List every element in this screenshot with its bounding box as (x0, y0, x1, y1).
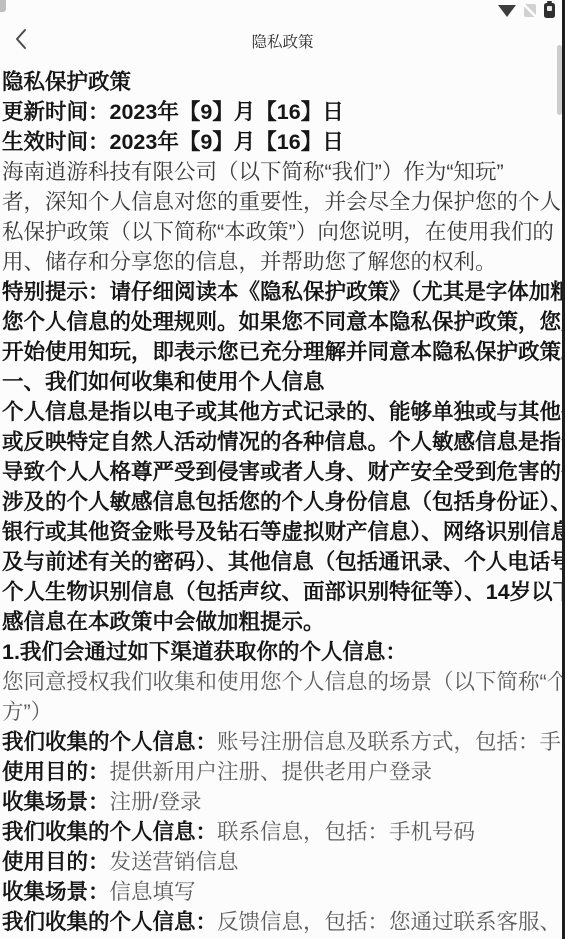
status-bar (0, 0, 565, 18)
policy-text: 及与前述有关的密码）、其他信息（包括通讯录、个人电话号 (2, 550, 565, 574)
policy-text: 特别提示：请仔细阅读本《隐私保护政策》（尤其是字体加粗 (2, 280, 565, 304)
battery-icon (544, 3, 555, 18)
policy-line: 个人生物识别信息（包括声纹、面部识别特征等）、14岁以下 (2, 577, 565, 607)
wifi-icon (498, 5, 516, 17)
policy-text: 海南逍游科技有限公司（以下简称“我们”）作为“知玩” (2, 160, 504, 184)
policy-text: 账号注册信息及联系方式，包括：手机 (217, 730, 565, 754)
policy-text: 方”） (2, 700, 52, 724)
policy-text: 涉及的个人敏感信息包括您的个人身份信息（包括身份证）、 (2, 490, 565, 514)
policy-text: 使用目的： (2, 760, 110, 784)
policy-text: 生效时间：2023年【9】月【16】日 (2, 130, 344, 154)
policy-text: 我们收集的个人信息： (2, 910, 217, 934)
policy-line: 您同意授权我们收集和使用您个人信息的场景（以下简称“个 (2, 667, 565, 697)
policy-line: 用、储存和分享您的信息，并帮助您了解您的权利。 (2, 247, 565, 277)
policy-line: 生效时间：2023年【9】月【16】日 (2, 127, 565, 157)
policy-text: 您个人信息的处理规则。如果您不同意本隐私保护政策，您应 (2, 310, 565, 334)
policy-text: 1.我们会通过如下渠道获取你的个人信息： (2, 640, 407, 664)
policy-line: 收集场景：信息填写 (2, 877, 565, 907)
no-signal-icon (524, 4, 536, 17)
policy-line: 涉及的个人敏感信息包括您的个人身份信息（包括身份证）、 (2, 487, 565, 517)
policy-text: 反馈信息，包括：您通过联系客服、电 (217, 910, 565, 934)
page-title: 隐私政策 (60, 30, 505, 52)
policy-text: 个人生物识别信息（包括声纹、面部识别特征等）、14岁以下 (2, 580, 565, 604)
policy-text: 提供新用户注册、提供老用户登录 (110, 760, 433, 784)
policy-text: 收集场景： (2, 790, 110, 814)
policy-text: 我们收集的个人信息： (2, 730, 217, 754)
policy-text: 个人信息是指以电子或其他方式记录的、能够单独或与其他信 (2, 400, 565, 424)
policy-text: 我们收集的个人信息： (2, 820, 217, 844)
chevron-left-icon (14, 28, 28, 55)
policy-text: 隐私保护政策 (2, 70, 131, 94)
policy-line: 我们收集的个人信息：账号注册信息及联系方式，包括：手机 (2, 727, 565, 757)
privacy-policy-screen: 隐私政策 隐私保护政策更新时间：2023年【9】月【16】日生效时间：2023年… (0, 0, 565, 939)
policy-text: 银行或其他资金账号及钻石等虚拟财产信息）、网络识别信息 (2, 520, 565, 544)
policy-line: 感信息在本政策中会做加粗提示。 (2, 607, 565, 637)
policy-text: 使用目的： (2, 850, 110, 874)
policy-text: 一、我们如何收集和使用个人信息 (2, 370, 325, 394)
policy-line: 收集场景：注册/登录 (2, 787, 565, 817)
policy-line: 更新时间：2023年【9】月【16】日 (2, 97, 565, 127)
policy-text: 注册/登录 (110, 790, 202, 814)
policy-line: 开始使用知玩，即表示您已充分理解并同意本隐私保护政策。 (2, 337, 565, 367)
policy-line: 一、我们如何收集和使用个人信息 (2, 367, 565, 397)
header: 隐私政策 (0, 18, 565, 66)
policy-line: 方”） (2, 697, 565, 727)
policy-line: 使用目的：提供新用户注册、提供老用户登录 (2, 757, 565, 787)
policy-line: 使用目的：发送营销信息 (2, 847, 565, 877)
policy-text: 开始使用知玩，即表示您已充分理解并同意本隐私保护政策。 (2, 340, 565, 364)
policy-text: 更新时间：2023年【9】月【16】日 (2, 100, 344, 124)
policy-content: 隐私保护政策更新时间：2023年【9】月【16】日生效时间：2023年【9】月【… (2, 67, 565, 939)
policy-text: 信息填写 (110, 880, 196, 904)
policy-text: 感信息在本政策中会做加粗提示。 (2, 610, 325, 634)
policy-text: 联系信息，包括：手机号码 (217, 820, 475, 844)
policy-line: 导致个人人格尊严受到侵害或者人身、财产安全受到危害的个 (2, 457, 565, 487)
back-button[interactable] (8, 27, 34, 55)
policy-line: 或反映特定自然人活动情况的各种信息。个人敏感信息是指一 (2, 427, 565, 457)
policy-text: 您同意授权我们收集和使用您个人信息的场景（以下简称“个 (2, 670, 565, 694)
policy-line: 我们收集的个人信息：联系信息，包括：手机号码 (2, 817, 565, 847)
policy-text: 导致个人人格尊严受到侵害或者人身、财产安全受到危害的个 (2, 460, 565, 484)
policy-line: 及与前述有关的密码）、其他信息（包括通讯录、个人电话号 (2, 547, 565, 577)
policy-line: 特别提示：请仔细阅读本《隐私保护政策》（尤其是字体加粗 (2, 277, 565, 307)
policy-text: 发送营销信息 (110, 850, 239, 874)
policy-text: 或反映特定自然人活动情况的各种信息。个人敏感信息是指一 (2, 430, 565, 454)
policy-line: 我们收集的个人信息：反馈信息，包括：您通过联系客服、电 (2, 907, 565, 937)
status-bar-icons (498, 2, 555, 18)
policy-line: 者，深知个人信息对您的重要性，并会尽全力保护您的个人信 (2, 187, 565, 217)
policy-line: 您个人信息的处理规则。如果您不同意本隐私保护政策，您应 (2, 307, 565, 337)
policy-text: 者，深知个人信息对您的重要性，并会尽全力保护您的个人信 (2, 190, 565, 214)
policy-text: 收集场景： (2, 880, 110, 904)
policy-text: 私保护政策（以下简称“本政策”）向您说明，在使用我们的 (2, 220, 554, 244)
policy-line: 海南逍游科技有限公司（以下简称“我们”）作为“知玩” (2, 157, 565, 187)
policy-line: 私保护政策（以下简称“本政策”）向您说明，在使用我们的 (2, 217, 565, 247)
policy-line: 银行或其他资金账号及钻石等虚拟财产信息）、网络识别信息 (2, 517, 565, 547)
policy-line: 1.我们会通过如下渠道获取你的个人信息： (2, 637, 565, 667)
policy-line: 个人信息是指以电子或其他方式记录的、能够单独或与其他信 (2, 397, 565, 427)
policy-text: 用、储存和分享您的信息，并帮助您了解您的权利。 (2, 250, 497, 274)
policy-line: 隐私保护政策 (2, 67, 565, 97)
